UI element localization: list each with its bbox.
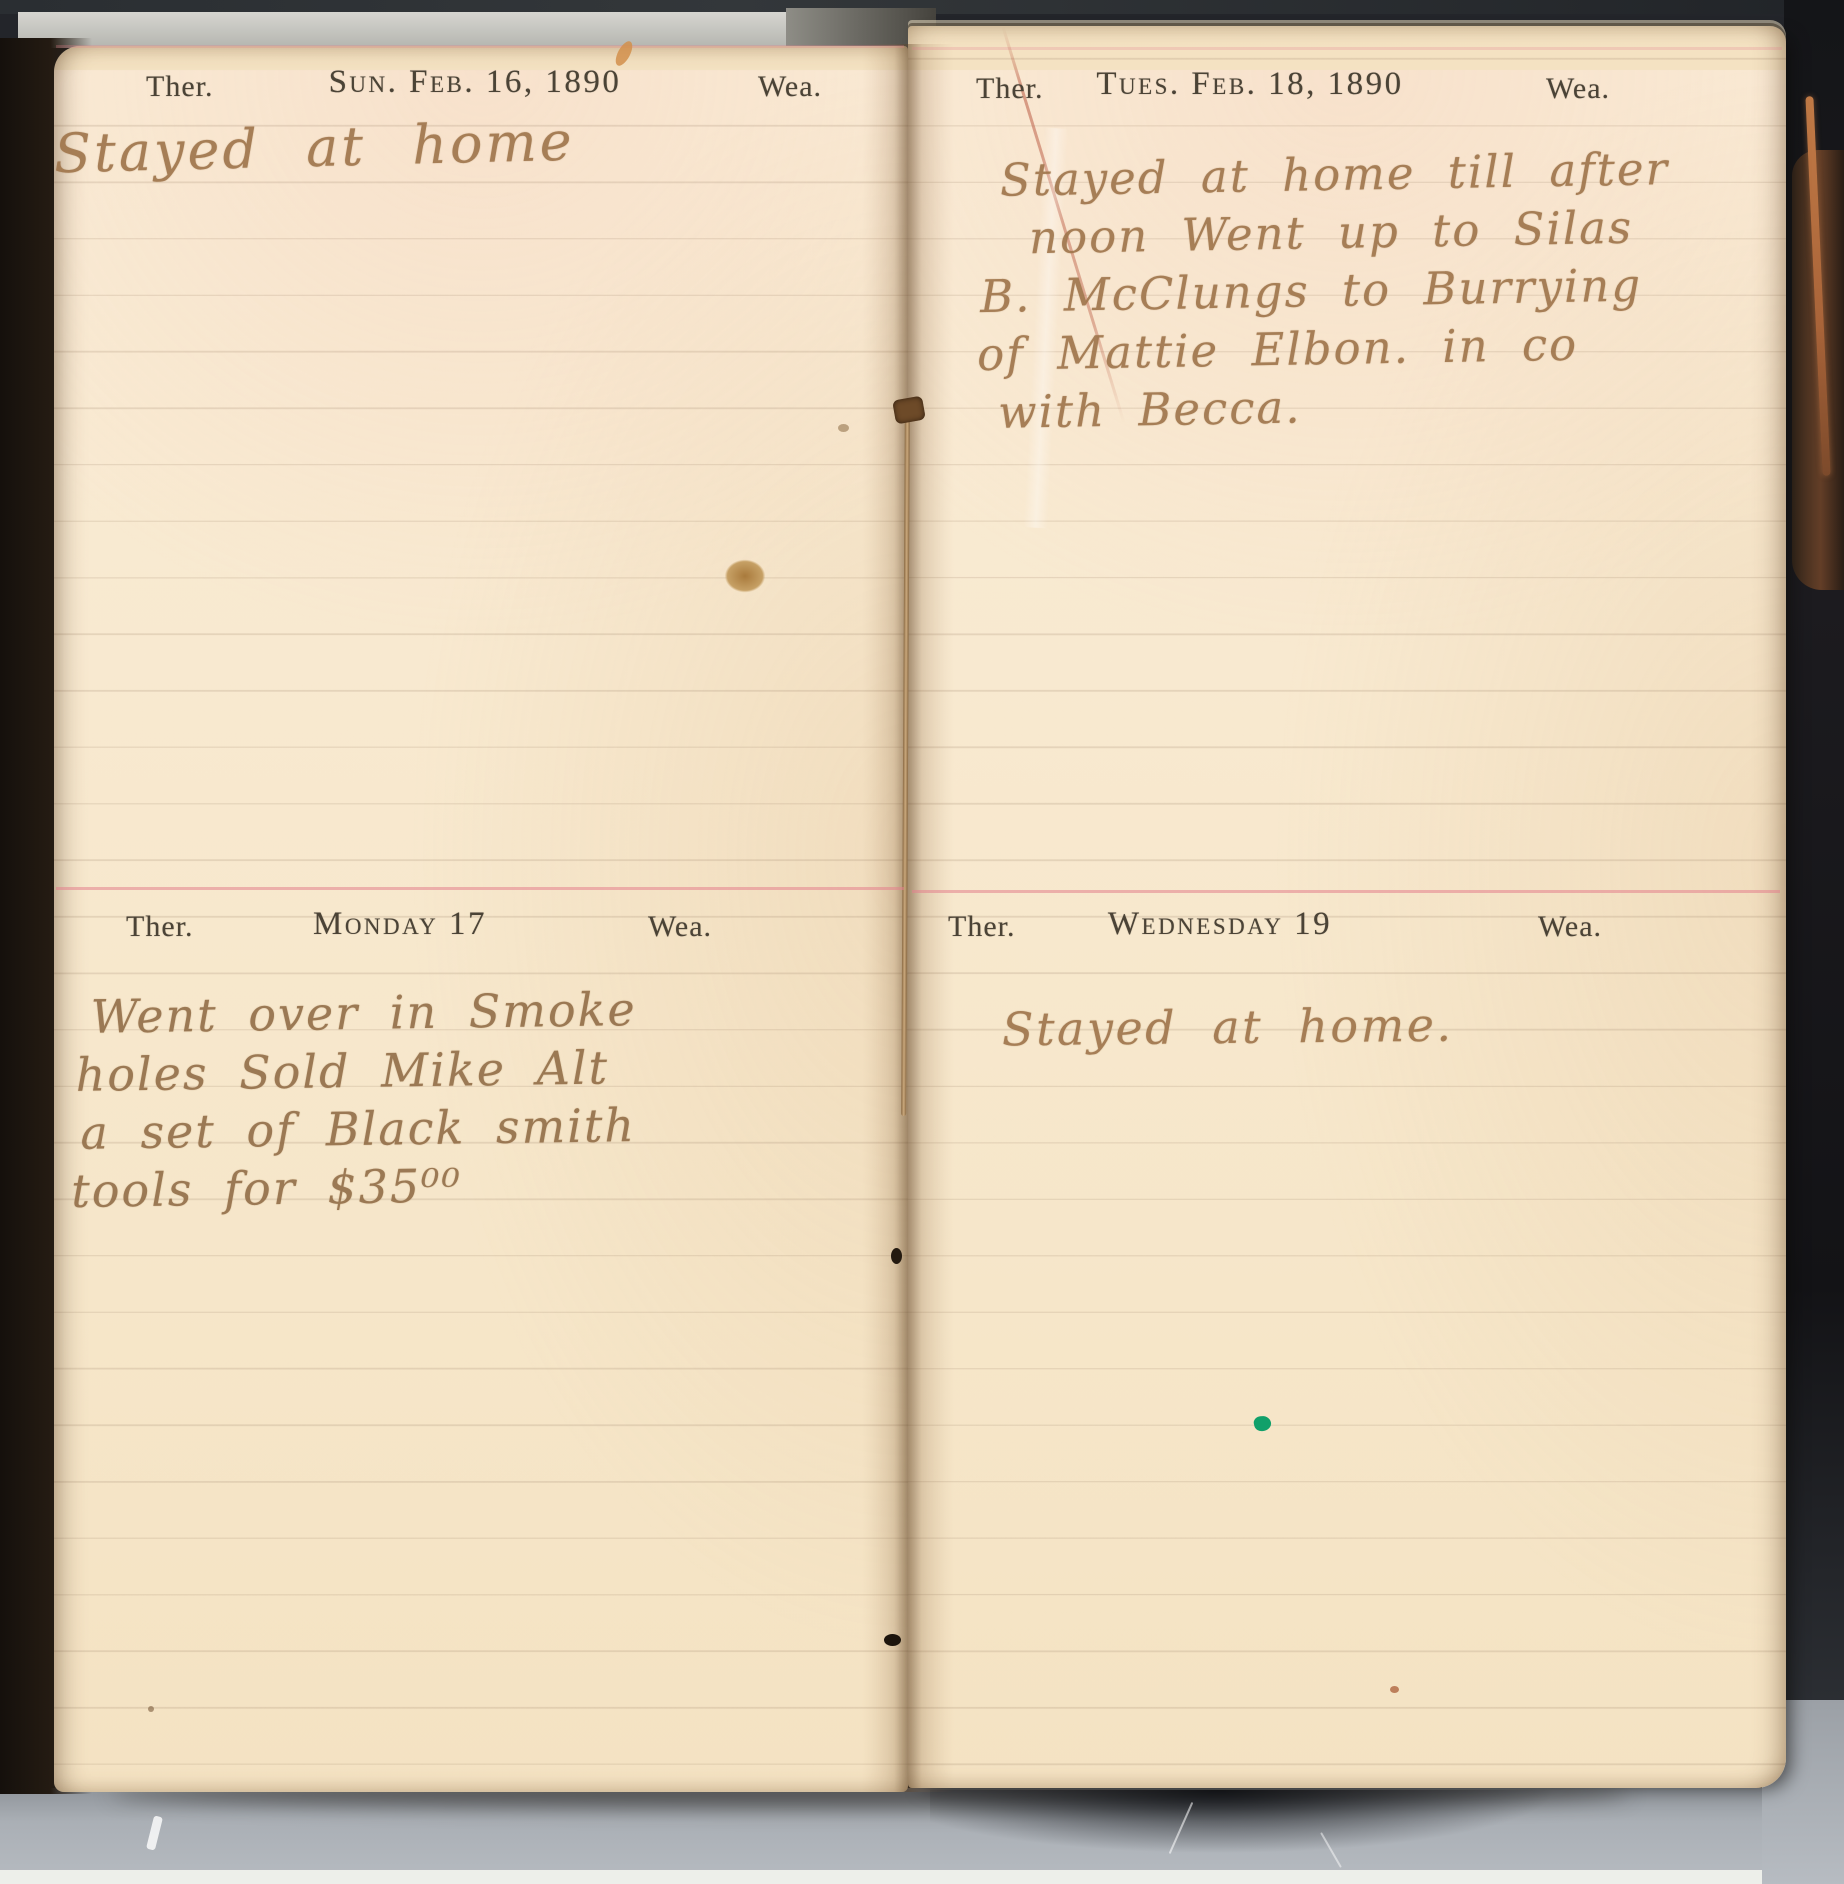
diary-scan: Ther. Sun. Feb. 16, 1890 Wea. Stayed at … [0,0,1844,1884]
backdrop-bottom-strip [0,1870,1844,1884]
paper-speck [838,424,849,432]
margin-rule [56,887,904,890]
binding-stitch-hole [891,1248,902,1264]
wea-label-feb17: Wea. [648,910,712,944]
handwritten-entry-feb16: Stayed at home [53,110,575,186]
entry-line: of Mattie Elbon. in co [977,314,1673,384]
handwritten-entry-feb19: Stayed at home. [1002,998,1454,1057]
paper-stain [718,554,772,598]
handwritten-entry-feb17: Went over in Smoke holes Sold Mike Alt a… [74,980,639,1220]
ther-label-feb19: Ther. [948,910,1015,944]
wea-label-feb18: Wea. [1546,72,1610,106]
entry-line: tools for $35⁰⁰ [71,1154,640,1220]
margin-rule [56,45,904,48]
binding-gutter [862,44,954,1792]
ther-label-feb16: Ther. [146,70,213,104]
entry-line: holes Sold Mike Alt [75,1038,638,1104]
entry-line: a set of Black smith [80,1096,639,1162]
date-heading-feb19: Wednesday 19 [1060,906,1380,943]
paper-speck [1390,1686,1399,1693]
paper-speck [148,1706,154,1712]
book-shadow-dark [930,1790,1570,1874]
margin-rule [912,47,1782,50]
binding-stitch-hole [884,1634,901,1646]
margin-rule [912,890,1780,893]
handwritten-entry-feb18: Stayed at home till after noon Went up t… [988,140,1674,442]
wea-label-feb19: Wea. [1538,910,1602,944]
date-heading-feb17: Monday 17 [255,906,545,943]
ther-label-feb17: Ther. [126,910,193,944]
entry-line: Went over in Smoke [90,980,637,1046]
entry-line: Stayed at home [53,110,575,186]
entry-line: Stayed at home. [1002,998,1454,1057]
date-heading-feb18: Tues. Feb. 18, 1890 [1075,66,1425,103]
date-heading-feb16: Sun. Feb. 16, 1890 [295,64,655,101]
entry-line: with Becca. [998,372,1674,442]
backdrop-top-gray-strip [18,12,786,48]
wea-label-feb16: Wea. [758,70,822,104]
ther-label-feb18: Ther. [976,72,1043,106]
